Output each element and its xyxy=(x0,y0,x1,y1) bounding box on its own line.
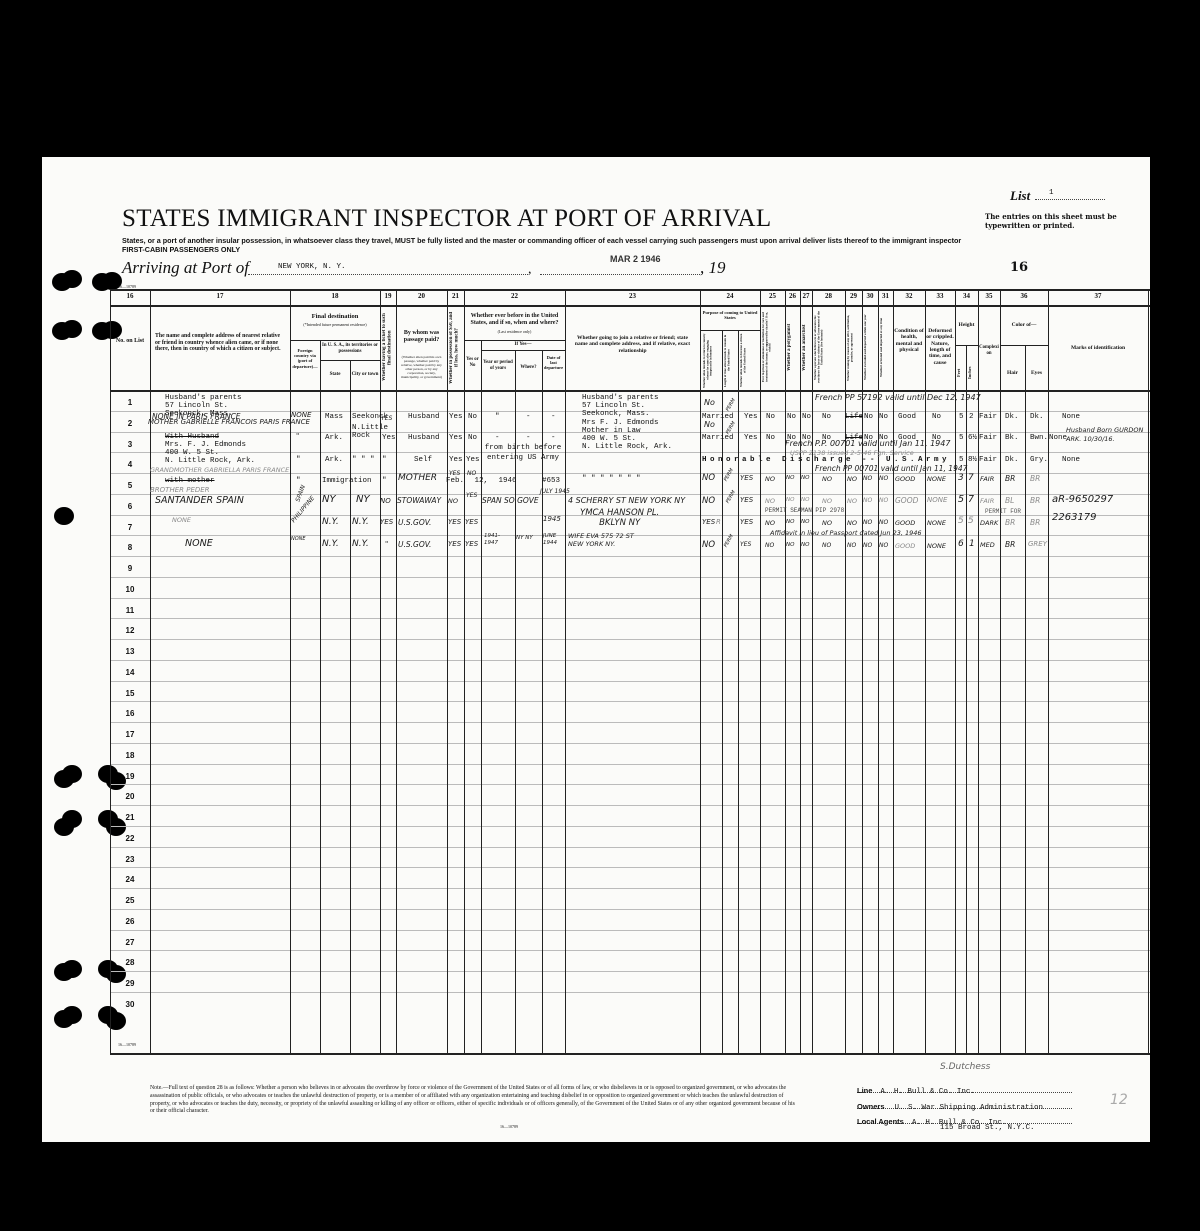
colnum-37: 37 xyxy=(1048,292,1148,300)
city-cell: N.Little Rock xyxy=(352,425,382,440)
row-number: 11 xyxy=(112,606,148,615)
year-cell: " xyxy=(495,413,500,421)
subheader-line xyxy=(290,340,380,341)
hair-cell: Dk. xyxy=(1005,456,1019,464)
prison-cell: No xyxy=(766,434,775,442)
line-value: A. H. Bull & Co. Inc. xyxy=(880,1088,975,1096)
row-line xyxy=(110,784,1150,785)
col-divider xyxy=(845,289,846,1053)
header-height: Height xyxy=(955,322,978,328)
colnum-27: 27 xyxy=(800,292,812,300)
overthrow-cell: NO xyxy=(822,542,831,549)
inches-cell: 8½ xyxy=(968,456,977,464)
date-line: MAR 2 1946 xyxy=(540,262,700,275)
header-city: City or town xyxy=(351,372,379,378)
marks-cell: None xyxy=(1062,456,1080,464)
header-fifty-dollars: Whether in possession of $50, and if les… xyxy=(449,310,462,385)
deformed-cell: NONE xyxy=(927,475,946,483)
row-number: 16 xyxy=(112,709,148,718)
header-polygamist: Whether a polygamist xyxy=(787,310,799,385)
complexion-cell: FAIR xyxy=(980,475,994,483)
state-cell: Immigration xyxy=(322,477,372,485)
feet-cell: 6 xyxy=(958,539,964,549)
arrested-cell: NO xyxy=(879,497,888,504)
fifty-cell: Yes xyxy=(449,456,463,464)
eyes-cell: GREY xyxy=(1028,540,1047,548)
year-prefix: , 19 xyxy=(700,258,726,278)
health-cell: GOOD xyxy=(895,542,915,550)
city-cell: " " " xyxy=(352,456,375,464)
header-excluded: Whether excluded and deported within one… xyxy=(864,310,876,385)
stamp-note: PERMIT SEAMAN PIP 2978 xyxy=(765,507,844,514)
punch-hole xyxy=(62,270,82,288)
complexion-cell: DARK xyxy=(980,519,998,527)
excluded-cell: NO xyxy=(863,542,872,549)
date-cell: - xyxy=(551,413,556,421)
marks-cell: None xyxy=(1062,413,1080,421)
header-anarchist: Whether an anarchist xyxy=(802,310,811,385)
list-label: List xyxy=(1010,188,1030,204)
header-color-of: Color of— xyxy=(1000,322,1048,328)
prison-cell: NO xyxy=(765,519,775,527)
row-line xyxy=(110,909,1150,910)
offer-cell: Life xyxy=(845,413,863,421)
row-line xyxy=(110,764,1150,765)
polygamist-cell: No xyxy=(787,413,796,421)
row-number: 12 xyxy=(112,626,148,635)
col-divider xyxy=(150,289,151,1053)
hair-cell: Bk. xyxy=(1005,434,1019,442)
hair-cell: BR xyxy=(1005,540,1015,549)
before-cell: YES xyxy=(465,540,478,548)
line-field: Line A. H. Bull & Co. Inc. xyxy=(857,1080,1072,1093)
row-line xyxy=(110,743,1150,744)
before-cell: YES xyxy=(466,492,477,499)
complexion-cell: Fair xyxy=(979,434,997,442)
relative-cell: NONE xyxy=(172,516,191,524)
header-before-in-us: Whether ever before in the United States… xyxy=(466,313,563,327)
date-cell: - xyxy=(551,434,556,442)
header-marks: Marks of identification xyxy=(1050,345,1146,351)
arrested-cell: No xyxy=(879,413,888,421)
where-cell: NY NY xyxy=(516,535,533,541)
row-number: 26 xyxy=(112,917,148,926)
paid-by-cell: U.S.GOV. xyxy=(398,518,431,527)
row-line xyxy=(110,681,1150,682)
header-passage-paid-note: (Whether alien paid his own passage, whe… xyxy=(398,355,445,379)
row-number: 4 xyxy=(112,460,148,469)
purpose-a-hand: No xyxy=(704,398,715,407)
colnum-33: 33 xyxy=(925,292,955,300)
overthrow-cell: NO xyxy=(822,475,832,483)
excluded-cell: NO xyxy=(863,497,872,504)
header-complexion: Complexion xyxy=(979,345,999,356)
joining-cell: Husband's parents 57 Lincoln St. Seekonc… xyxy=(582,395,659,419)
owners-field: Owners U. S. War Shipping Administration xyxy=(857,1096,1072,1109)
header-joining-relative: Whether going to join a relative or frie… xyxy=(570,335,695,354)
header-arrested: Whether arrested and deported at any tim… xyxy=(880,310,892,385)
table-top-border xyxy=(110,289,1150,291)
row-line xyxy=(110,867,1150,868)
row-line xyxy=(110,888,1150,889)
col-divider xyxy=(380,289,381,1053)
ticket-cell: " xyxy=(382,477,387,485)
prison-cell: No xyxy=(766,413,775,421)
relative-cell: Mrs. F. J. Edmonds 400 W. 5 St. N. Littl… xyxy=(165,442,255,466)
joining-cell: YMCA HANSON PL. BKLYN NY xyxy=(580,508,659,528)
purpose-a-cell: NO xyxy=(702,540,715,550)
inches-cell: 2 xyxy=(969,413,974,421)
before-cell: No xyxy=(468,413,477,421)
row-number: 29 xyxy=(112,979,148,988)
row-line xyxy=(110,826,1150,827)
relative-cell: BROTHER PEDER xyxy=(150,486,210,494)
col-divider xyxy=(320,340,321,1053)
relative-cell: with mother xyxy=(165,477,215,485)
polygamist-cell: NO xyxy=(786,519,794,525)
col-divider xyxy=(110,289,111,1053)
before-cell: NO xyxy=(467,470,476,477)
foreign-cell: " xyxy=(296,456,301,464)
excluded-cell: NO xyxy=(863,475,872,482)
fifty-cell: NO xyxy=(448,497,458,505)
colnum-34: 34 xyxy=(955,292,978,300)
row-line xyxy=(110,805,1150,806)
footnote-text: Note.—Full text of question 28 is as fol… xyxy=(150,1085,800,1116)
colnum-21: 21 xyxy=(447,292,464,300)
header-purpose-return: Whether alien intends to return to count… xyxy=(703,333,720,388)
col-divider xyxy=(447,289,448,1053)
passport-note: Affidavit in lieu of Passport dated Jun … xyxy=(770,529,922,537)
colnum-30: 30 xyxy=(862,292,878,300)
eyes-cell: BR xyxy=(1030,496,1040,505)
header-bottom-border xyxy=(110,390,1150,392)
marks-cell: 2263179 xyxy=(1052,512,1097,523)
row-number: 15 xyxy=(112,689,148,698)
deformed-cell: NONE xyxy=(927,519,946,527)
header-eyes: Eyes xyxy=(1026,370,1047,376)
row-number: 13 xyxy=(112,647,148,656)
col-divider xyxy=(700,289,701,1053)
col-divider xyxy=(878,289,879,1053)
colnum-18: 18 xyxy=(290,292,380,300)
header-purpose-length: Length of time alien intends to remain i… xyxy=(724,333,737,388)
state-cell: Ark. xyxy=(325,456,343,464)
col-divider xyxy=(396,289,397,1053)
joining-cell: WIFE EVA 575 72 ST NEW YORK NY. xyxy=(568,532,634,549)
punch-hole xyxy=(102,321,122,339)
purpose-c-cell: YES xyxy=(740,518,753,526)
col-divider xyxy=(1148,289,1149,1053)
inspector-signature: S.Dutchess xyxy=(940,1062,990,1072)
inches-cell: 5 xyxy=(968,516,974,526)
punch-hole xyxy=(62,320,82,338)
relative-hand: SANTANDER SPAIN xyxy=(155,495,244,506)
row-line xyxy=(110,930,1150,931)
header-yes-no: Yes or No xyxy=(465,357,480,368)
col-divider xyxy=(925,289,926,1053)
header-inches: Inches xyxy=(968,360,976,385)
anarchist-cell: NO xyxy=(801,542,809,548)
deformed-cell: NONE xyxy=(927,542,946,550)
header-deformed: Deformed or crippled. Nature, length of … xyxy=(926,328,954,366)
col-divider xyxy=(350,360,351,1053)
col-divider xyxy=(1000,289,1001,1053)
inches-cell: 7 xyxy=(968,494,974,505)
punch-hole xyxy=(106,1012,126,1030)
overthrow-cell: NO xyxy=(822,519,832,527)
header-prison: Ever in prison or almshouse or instituti… xyxy=(762,310,783,385)
feet-cell: 3 xyxy=(958,473,964,483)
relative-hand: GRANDMOTHER GABRIELLA PARIS FRANCE xyxy=(150,466,289,474)
marks-cell: aR-9650297 xyxy=(1052,494,1113,505)
arrested-cell: NO xyxy=(879,519,888,526)
hair-cell: BR xyxy=(1005,518,1015,527)
offer-cell: NO xyxy=(847,475,857,483)
joining-cell: " " " " " " " xyxy=(582,475,641,483)
header-state: State xyxy=(321,372,349,378)
line-label: Line xyxy=(857,1086,872,1095)
col-divider xyxy=(955,289,956,1053)
col-divider xyxy=(565,289,566,1053)
port-value: NEW YORK, N. Y. xyxy=(278,263,346,271)
header-if-yes: If Yes— xyxy=(482,342,564,348)
eyes-cell: BR xyxy=(1030,518,1040,527)
header-last-residence: (Last residence only) xyxy=(466,330,563,335)
header-hair: Hair xyxy=(1001,370,1024,376)
ticket-cell: Yes xyxy=(382,434,396,442)
anarchist-cell: NO xyxy=(801,475,809,481)
purpose-c-cell: Yes xyxy=(744,413,758,421)
purpose-a-cell: NO xyxy=(702,473,715,483)
row-number: 20 xyxy=(112,792,148,801)
row-number: 23 xyxy=(112,855,148,864)
row-number: 3 xyxy=(112,440,148,449)
purpose-a-hand: No xyxy=(704,420,715,429)
row-number: 6 xyxy=(112,502,148,511)
fifty-cell: Yes xyxy=(449,413,463,421)
header-purpose: Purpose of coming to United States xyxy=(701,310,759,320)
colnum-28: 28 xyxy=(812,292,845,300)
foreign-cell: " xyxy=(296,432,299,440)
col-divider xyxy=(812,289,813,1053)
purpose-c-cell: Yes xyxy=(744,434,758,442)
health-cell: GOOD xyxy=(895,475,915,483)
colnum-16: 16 xyxy=(110,292,150,300)
instruction-text: States, or a port of another insular pos… xyxy=(122,236,961,245)
agents-label: Local Agents xyxy=(857,1117,904,1126)
fifty-cell: Yes xyxy=(449,434,463,442)
purpose-b-cell: R xyxy=(716,518,721,526)
relative-cell: NONE xyxy=(185,538,213,549)
row-number: 7 xyxy=(112,523,148,532)
punch-hole xyxy=(62,1006,82,1024)
subheader-line xyxy=(1000,345,1048,346)
col-divider xyxy=(966,345,967,1053)
purpose-c-cell: YES xyxy=(740,541,751,548)
paid-by-cell: Self xyxy=(414,456,432,464)
colnum-32: 32 xyxy=(893,292,925,300)
passport-note: French P.P. 00701 valid until Jan 11, 19… xyxy=(785,439,950,448)
date-stamp: MAR 2 1946 xyxy=(610,254,661,264)
colnum-19: 19 xyxy=(380,292,396,300)
prison-cell: NO xyxy=(765,542,774,549)
row-line xyxy=(110,847,1150,848)
header-in-usa: In U. S. A., its territories or possessi… xyxy=(321,343,379,354)
state-cell: N.Y. xyxy=(322,517,339,527)
feet-cell: 5 xyxy=(959,434,964,442)
health-cell: GOOD xyxy=(895,496,918,505)
header-nearest-relative: The name and complete address of nearest… xyxy=(155,333,285,353)
colnum-36: 36 xyxy=(1000,292,1048,300)
subheader-line xyxy=(320,360,380,361)
row-line xyxy=(110,992,1150,993)
excluded-cell: NO xyxy=(863,519,872,526)
agents-field: Local Agents A. H. Bull & Co. Inc. xyxy=(857,1111,1072,1124)
deformed-cell: NONE xyxy=(927,496,947,504)
col-divider xyxy=(290,289,291,1053)
passport-note: French PP 57192 valid until Dec 12, 1947 xyxy=(815,393,981,402)
ticket-cell: " xyxy=(382,456,387,464)
row-line xyxy=(110,494,1150,495)
port-line: NEW YORK, N. Y. xyxy=(248,262,528,275)
fifty-cell: YES xyxy=(448,540,461,548)
complexion-cell: FAIR xyxy=(980,497,994,505)
polygamist-cell: NO xyxy=(786,475,794,481)
paid-by-cell: U.S.GOV. xyxy=(398,540,431,549)
year-cell: Feb. 12, 1946 xyxy=(446,477,517,485)
col-divider xyxy=(738,330,739,1053)
row-number: 9 xyxy=(112,564,148,573)
hair-cell: BR xyxy=(1005,474,1015,483)
col-divider xyxy=(893,289,894,1053)
paid-by-cell: Husband xyxy=(408,413,440,421)
eyes-cell: Gry. xyxy=(1030,456,1048,464)
colnum-31: 31 xyxy=(878,292,893,300)
purpose-a-cell: YES xyxy=(702,518,715,526)
col-divider xyxy=(464,289,465,1053)
date-cell: 1945 xyxy=(543,515,561,523)
eyes-cell: Dk. xyxy=(1030,413,1044,421)
state-cell: NY xyxy=(322,494,336,505)
anarchist-cell: NO xyxy=(801,497,809,503)
row-number: 21 xyxy=(112,813,148,822)
header-no-on-list: No. on List xyxy=(112,338,148,345)
health-cell: GOOD xyxy=(895,519,915,527)
sheet-number: 16 xyxy=(1010,260,1028,275)
purpose-c-cell: YES xyxy=(740,474,753,482)
city-cell: NY xyxy=(356,494,370,505)
colnum-row-border xyxy=(110,305,1150,307)
state-cell: Ark. xyxy=(325,434,343,442)
row-number: 24 xyxy=(112,875,148,884)
header-overthrow: Whether a person who believes in or advo… xyxy=(814,310,843,385)
agents-address: 115 Broad St., N.Y.C. xyxy=(940,1124,1035,1132)
ticket-cell: YES xyxy=(381,415,392,422)
overthrow-cell: No xyxy=(822,413,831,421)
col-divider xyxy=(481,340,482,1053)
col-divider xyxy=(1025,345,1026,1053)
year-cell: 1941- 1947 xyxy=(484,533,500,546)
row-line xyxy=(110,556,1150,557)
typewritten-note: The entries on this sheet must be typewr… xyxy=(985,212,1120,230)
before-cell: YES xyxy=(465,518,478,526)
col-divider xyxy=(862,289,863,1053)
paid-by-cell: Husband xyxy=(408,434,440,442)
fifty-cell: YES xyxy=(449,470,460,477)
row-number: 19 xyxy=(112,772,148,781)
deformed-cell: No xyxy=(932,413,941,421)
row-number: 18 xyxy=(112,751,148,760)
year-cell: SPAN SO GOVE xyxy=(482,496,539,505)
arrested-cell: NO xyxy=(879,542,888,549)
arriving-label: Arriving at Port of xyxy=(122,258,249,278)
subheader-line xyxy=(481,350,565,351)
list-number: 1 xyxy=(1049,189,1054,197)
before-cell: No xyxy=(468,434,477,442)
colnum-20: 20 xyxy=(396,292,447,300)
page-mark: 12 xyxy=(1110,1092,1128,1108)
prison-cell: NO xyxy=(765,497,775,505)
row-number: 10 xyxy=(112,585,148,594)
passport-note: French PP 00701 valid until Jan 11, 1947 xyxy=(815,464,967,473)
purpose-c-cell: YES xyxy=(740,496,753,504)
header-last-departure: Date of last departure xyxy=(543,355,564,371)
punch-hole xyxy=(54,507,74,525)
class-note: FIRST-CABIN PASSENGERS ONLY xyxy=(122,245,240,254)
city-cell: N.Y. xyxy=(352,539,369,549)
owners-label: Owners xyxy=(857,1102,885,1111)
header-passage-paid: By whom was passage paid? xyxy=(398,330,445,344)
list-line: 1 xyxy=(1035,189,1105,200)
relative-cell: With Husband xyxy=(165,433,219,441)
where-cell: - xyxy=(526,413,531,421)
header-final-destination: Final destination xyxy=(292,313,378,320)
hair-cell: BL xyxy=(1005,496,1014,505)
row-line xyxy=(110,722,1150,723)
comma-sep: , xyxy=(528,262,532,278)
purpose-a-cell: NO xyxy=(702,496,715,506)
header-where: Where? xyxy=(516,365,541,371)
eyes-cell: BR xyxy=(1030,474,1040,483)
table-bottom-border xyxy=(110,1053,1150,1055)
row-number: 27 xyxy=(112,938,148,947)
fifty-cell: YES xyxy=(448,518,461,526)
polygamist-cell: NO xyxy=(786,497,794,503)
row-number: 8 xyxy=(112,543,148,552)
row-line xyxy=(110,701,1150,702)
col-divider xyxy=(760,289,761,1053)
date-cell: JULY 1945 xyxy=(540,489,570,495)
date-cell: JUNE 1944 xyxy=(543,533,557,546)
excluded-cell: No xyxy=(864,413,873,421)
header-purpose-citizen: Whether alien intends to become a citize… xyxy=(740,333,758,388)
row-number: 1 xyxy=(112,398,148,407)
foreign-cell: NONE xyxy=(291,536,306,542)
inches-cell: 7 xyxy=(968,473,974,483)
feet-cell: 5 xyxy=(959,456,964,464)
row-number: 22 xyxy=(112,834,148,843)
header-ticket: Whether having a ticket to such final de… xyxy=(382,310,394,385)
punch-hole xyxy=(62,810,82,828)
footnote-code: 16—10789 xyxy=(500,1124,518,1129)
feet-cell: 5 xyxy=(958,516,964,526)
header-year-period: Year or period of years xyxy=(482,360,514,371)
row-line xyxy=(110,618,1150,619)
polygamist-cell: NO xyxy=(786,542,794,548)
row-number: 28 xyxy=(112,958,148,967)
colnum-29: 29 xyxy=(845,292,862,300)
